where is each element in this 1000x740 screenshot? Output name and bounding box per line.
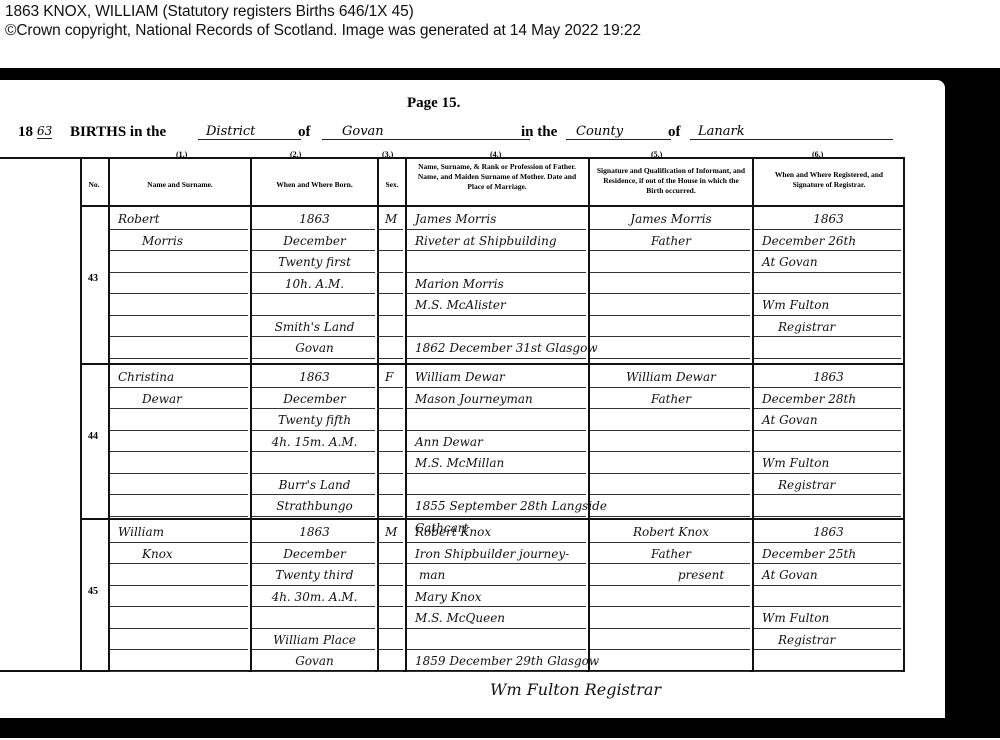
ruled-line [754, 563, 901, 564]
entry-informant-line: William Dewar [592, 370, 750, 384]
ruled-line [590, 473, 750, 474]
entry-parents-line: 1859 December 29th Glasgow [409, 654, 586, 668]
ruled-line [252, 563, 375, 564]
ruled-line [252, 315, 375, 316]
ruled-line [110, 315, 248, 316]
col-border-1 [108, 158, 110, 671]
entry-born-line: 1863 [254, 212, 375, 226]
entry-number: 43 [88, 273, 98, 284]
ruled-line [252, 628, 375, 629]
entry-parents-line: M.S. McAlister [409, 298, 586, 312]
ruled-line [407, 430, 586, 431]
ruled-line [377, 336, 403, 337]
ruled-line [377, 272, 403, 273]
ruled-line [407, 628, 586, 629]
entry-name-line: Christina [112, 370, 248, 384]
copyright-notice: ©Crown copyright, National Records of Sc… [5, 22, 641, 40]
entry-born-line: December [254, 392, 375, 406]
ruled-line [407, 606, 586, 607]
entry-informant-line: Father [592, 234, 750, 248]
col-border-2 [250, 158, 252, 671]
ruled-line [252, 430, 375, 431]
entry-born-line: Strathbungo [254, 499, 375, 513]
ruled-line [110, 671, 248, 672]
ruled-line [590, 430, 750, 431]
ruled-line [377, 250, 403, 251]
entry-registered-line: Wm Fulton [756, 611, 901, 625]
row-divider-2 [80, 518, 905, 520]
entry-parents-line: Robert Knox [409, 525, 586, 539]
entry-born-line: December [254, 234, 375, 248]
entry-parents-line: Riveter at Shipbuilding [409, 234, 586, 248]
ruled-line [252, 293, 375, 294]
ruled-line [252, 649, 375, 650]
entry-born-line: Smith's Land [254, 320, 375, 334]
ruled-line [754, 451, 901, 452]
ruled-line [110, 358, 248, 359]
ruled-line [590, 387, 750, 388]
header-informant: Signature and Qualification of Informant… [594, 166, 748, 196]
entry-born-line: William Place [254, 633, 375, 647]
entry-born-line: 1863 [254, 525, 375, 539]
ruled-line [110, 649, 248, 650]
ruled-line [407, 473, 586, 474]
entry-born-line: Twenty fifth [254, 413, 375, 427]
col-border-6 [752, 158, 754, 671]
ruled-line [252, 229, 375, 230]
ruled-line [252, 473, 375, 474]
ruled-line [754, 408, 901, 409]
ruled-line [110, 473, 248, 474]
header-born: When and Where Born. [252, 180, 377, 190]
ruled-line [377, 293, 403, 294]
ruled-line [590, 272, 750, 273]
ruled-line [110, 229, 248, 230]
ruled-line [110, 250, 248, 251]
ruled-line [110, 606, 248, 607]
births-in-the: BIRTHS in the [70, 124, 166, 141]
ruled-line [590, 336, 750, 337]
ruled-line [754, 628, 901, 629]
entry-informant-line: Father [592, 547, 750, 561]
ruled-line [377, 451, 403, 452]
ruled-line [110, 542, 248, 543]
ruled-line [377, 408, 403, 409]
ruled-line [590, 315, 750, 316]
ruled-line [407, 315, 586, 316]
entry-sex-line: F [379, 370, 403, 384]
entry-registered-line: 1863 [756, 525, 901, 539]
ruled-line [110, 494, 248, 495]
entry-informant-line: James Morris [592, 212, 750, 226]
ruled-line [252, 671, 375, 672]
entry-born-line: Burr's Land [254, 478, 375, 492]
col-border-3 [377, 158, 379, 671]
entry-informant-line: Robert Knox [592, 525, 750, 539]
ruled-line [252, 606, 375, 607]
entry-registered-line: Registrar [756, 478, 901, 492]
entry-number: 44 [88, 431, 98, 442]
ruled-line [252, 272, 375, 273]
ruled-line [407, 336, 586, 337]
ruled-line [754, 606, 901, 607]
entry-born-line: 10h. A.M. [254, 277, 375, 291]
ruled-line [590, 606, 750, 607]
header-bottom-rule [80, 205, 905, 207]
district-word: District [198, 124, 301, 140]
entry-registered-line: December 26th [756, 234, 901, 248]
ruled-line [377, 358, 403, 359]
of-label-2: of [668, 124, 681, 141]
ruled-line [754, 293, 901, 294]
ruled-line [110, 336, 248, 337]
ruled-line [377, 542, 403, 543]
entry-informant-line: present [592, 568, 750, 582]
entry-born-line: Twenty first [254, 255, 375, 269]
ruled-line [407, 293, 586, 294]
entry-registered-line: Registrar [756, 320, 901, 334]
header-no: No. [80, 180, 108, 190]
county-word: County [566, 124, 671, 140]
ruled-line [754, 358, 901, 359]
entry-name-line: Knox [112, 547, 248, 561]
ruled-line [407, 229, 586, 230]
entry-parents-line: Iron Shipbuilder journey- [409, 547, 586, 561]
ruled-line [377, 473, 403, 474]
ruled-line [252, 387, 375, 388]
ruled-line [110, 430, 248, 431]
ruled-line [407, 494, 586, 495]
entry-parents-line: William Dewar [409, 370, 586, 384]
entry-parents-line: M.S. McMillan [409, 456, 586, 470]
ruled-line [377, 494, 403, 495]
header-parents: Name, Surname, & Rank or Profession of F… [410, 162, 584, 192]
ruled-line [407, 358, 586, 359]
col-border-4 [405, 158, 407, 671]
ruled-line [252, 494, 375, 495]
header-sex: Sex. [379, 180, 405, 190]
ruled-line [754, 229, 901, 230]
entry-parents-line: Mason Journeyman [409, 392, 586, 406]
ruled-line [754, 649, 901, 650]
ruled-line [252, 516, 375, 517]
ruled-line [377, 315, 403, 316]
entry-number: 45 [88, 586, 98, 597]
entry-parents-line: James Morris [409, 212, 586, 226]
in-the-label: in the [521, 124, 557, 141]
ruled-line [754, 516, 901, 517]
entry-parents-line: man [409, 568, 586, 582]
entry-registered-line: At Govan [756, 413, 901, 427]
entry-name-line: Morris [112, 234, 248, 248]
ruled-line [754, 671, 901, 672]
entry-born-line: Govan [254, 341, 375, 355]
entry-parents-line: Mary Knox [409, 590, 586, 604]
ruled-line [407, 585, 586, 586]
entry-born-line: Twenty third [254, 568, 375, 582]
col-border-7 [903, 158, 905, 671]
ruled-line [407, 516, 586, 517]
entry-informant-line: Father [592, 392, 750, 406]
ruled-line [407, 272, 586, 273]
ruled-line [754, 473, 901, 474]
row-divider-1 [80, 363, 905, 365]
ruled-line [377, 229, 403, 230]
entry-parents-line: Marion Morris [409, 277, 586, 291]
ruled-line [407, 649, 586, 650]
ruled-line [252, 585, 375, 586]
ruled-line [252, 542, 375, 543]
entry-born-line: Govan [254, 654, 375, 668]
ruled-line [110, 451, 248, 452]
entry-sex-line: M [379, 212, 403, 226]
county-name: Lanark [690, 124, 893, 140]
ruled-line [590, 358, 750, 359]
ruled-line [754, 315, 901, 316]
entry-name-line: Robert [112, 212, 248, 226]
col-border-5 [588, 158, 590, 671]
entry-born-line: 1863 [254, 370, 375, 384]
header-name: Name and Surname. [110, 180, 250, 190]
ruled-line [407, 387, 586, 388]
ruled-line [590, 451, 750, 452]
ruled-line [590, 628, 750, 629]
ruled-line [377, 649, 403, 650]
ruled-line [252, 408, 375, 409]
ruled-line [377, 430, 403, 431]
ruled-line [754, 250, 901, 251]
entry-registered-line: 1863 [756, 212, 901, 226]
entry-registered-line: December 28th [756, 392, 901, 406]
ruled-line [377, 387, 403, 388]
year-suffix: 63 [37, 124, 52, 139]
of-label-1: of [298, 124, 311, 141]
page-label: Page 15. [407, 95, 460, 112]
entry-registered-line: Registrar [756, 633, 901, 647]
entry-name-line: William [112, 525, 248, 539]
year-prefix: 18 [18, 124, 33, 141]
entry-name-line: Dewar [112, 392, 248, 406]
ruled-line [754, 336, 901, 337]
ruled-line [110, 272, 248, 273]
ruled-line [590, 408, 750, 409]
ruled-line [252, 451, 375, 452]
ruled-line [590, 542, 750, 543]
ruled-line [754, 494, 901, 495]
entry-registered-line: Wm Fulton [756, 298, 901, 312]
entry-sex-line: M [379, 525, 403, 539]
ruled-line [590, 671, 750, 672]
ruled-line [377, 516, 403, 517]
ruled-line [590, 250, 750, 251]
header-registered: When and Where Registered, and Signature… [760, 170, 898, 190]
entry-born-line: 4h. 15m. A.M. [254, 435, 375, 449]
entry-registered-line: Wm Fulton [756, 456, 901, 470]
ruled-line [754, 542, 901, 543]
ruled-line [377, 606, 403, 607]
entry-born-line: December [254, 547, 375, 561]
ruled-line [754, 430, 901, 431]
district-name: Govan [322, 124, 530, 140]
entry-born-line: 4h. 30m. A.M. [254, 590, 375, 604]
entry-registered-line: December 25th [756, 547, 901, 561]
ruled-line [407, 408, 586, 409]
ruled-line [754, 585, 901, 586]
ruled-line [407, 451, 586, 452]
ruled-line [252, 250, 375, 251]
entry-parents-line: M.S. McQueen [409, 611, 586, 625]
ruled-line [590, 293, 750, 294]
ruled-line [590, 494, 750, 495]
ruled-line [110, 628, 248, 629]
ruled-line [110, 387, 248, 388]
ruled-line [590, 585, 750, 586]
ruled-line [754, 272, 901, 273]
ruled-line [377, 671, 403, 672]
col-border-0 [80, 158, 82, 671]
ruled-line [590, 516, 750, 517]
ruled-line [377, 628, 403, 629]
entry-parents-line: 1862 December 31st Glasgow [409, 341, 586, 355]
entry-parents-line: Ann Dewar [409, 435, 586, 449]
ruled-line [407, 542, 586, 543]
entry-registered-line: 1863 [756, 370, 901, 384]
table-top-rule [0, 157, 905, 159]
ruled-line [407, 671, 586, 672]
ruled-line [590, 563, 750, 564]
entry-registered-line: At Govan [756, 568, 901, 582]
ruled-line [110, 408, 248, 409]
footer-registrar-signature: Wm Fulton Registrar [490, 680, 661, 699]
ruled-line [377, 585, 403, 586]
ruled-line [377, 563, 403, 564]
ruled-line [407, 563, 586, 564]
ruled-line [252, 336, 375, 337]
entry-parents-line: 1855 September 28th Langside [409, 499, 586, 513]
ruled-line [754, 387, 901, 388]
ruled-line [590, 229, 750, 230]
ruled-line [590, 649, 750, 650]
ruled-line [407, 250, 586, 251]
ruled-line [110, 516, 248, 517]
entry-registered-line: At Govan [756, 255, 901, 269]
ruled-line [252, 358, 375, 359]
ruled-line [110, 293, 248, 294]
record-title: 1863 KNOX, WILLIAM (Statutory registers … [5, 3, 414, 21]
ruled-line [110, 563, 248, 564]
ruled-line [110, 585, 248, 586]
